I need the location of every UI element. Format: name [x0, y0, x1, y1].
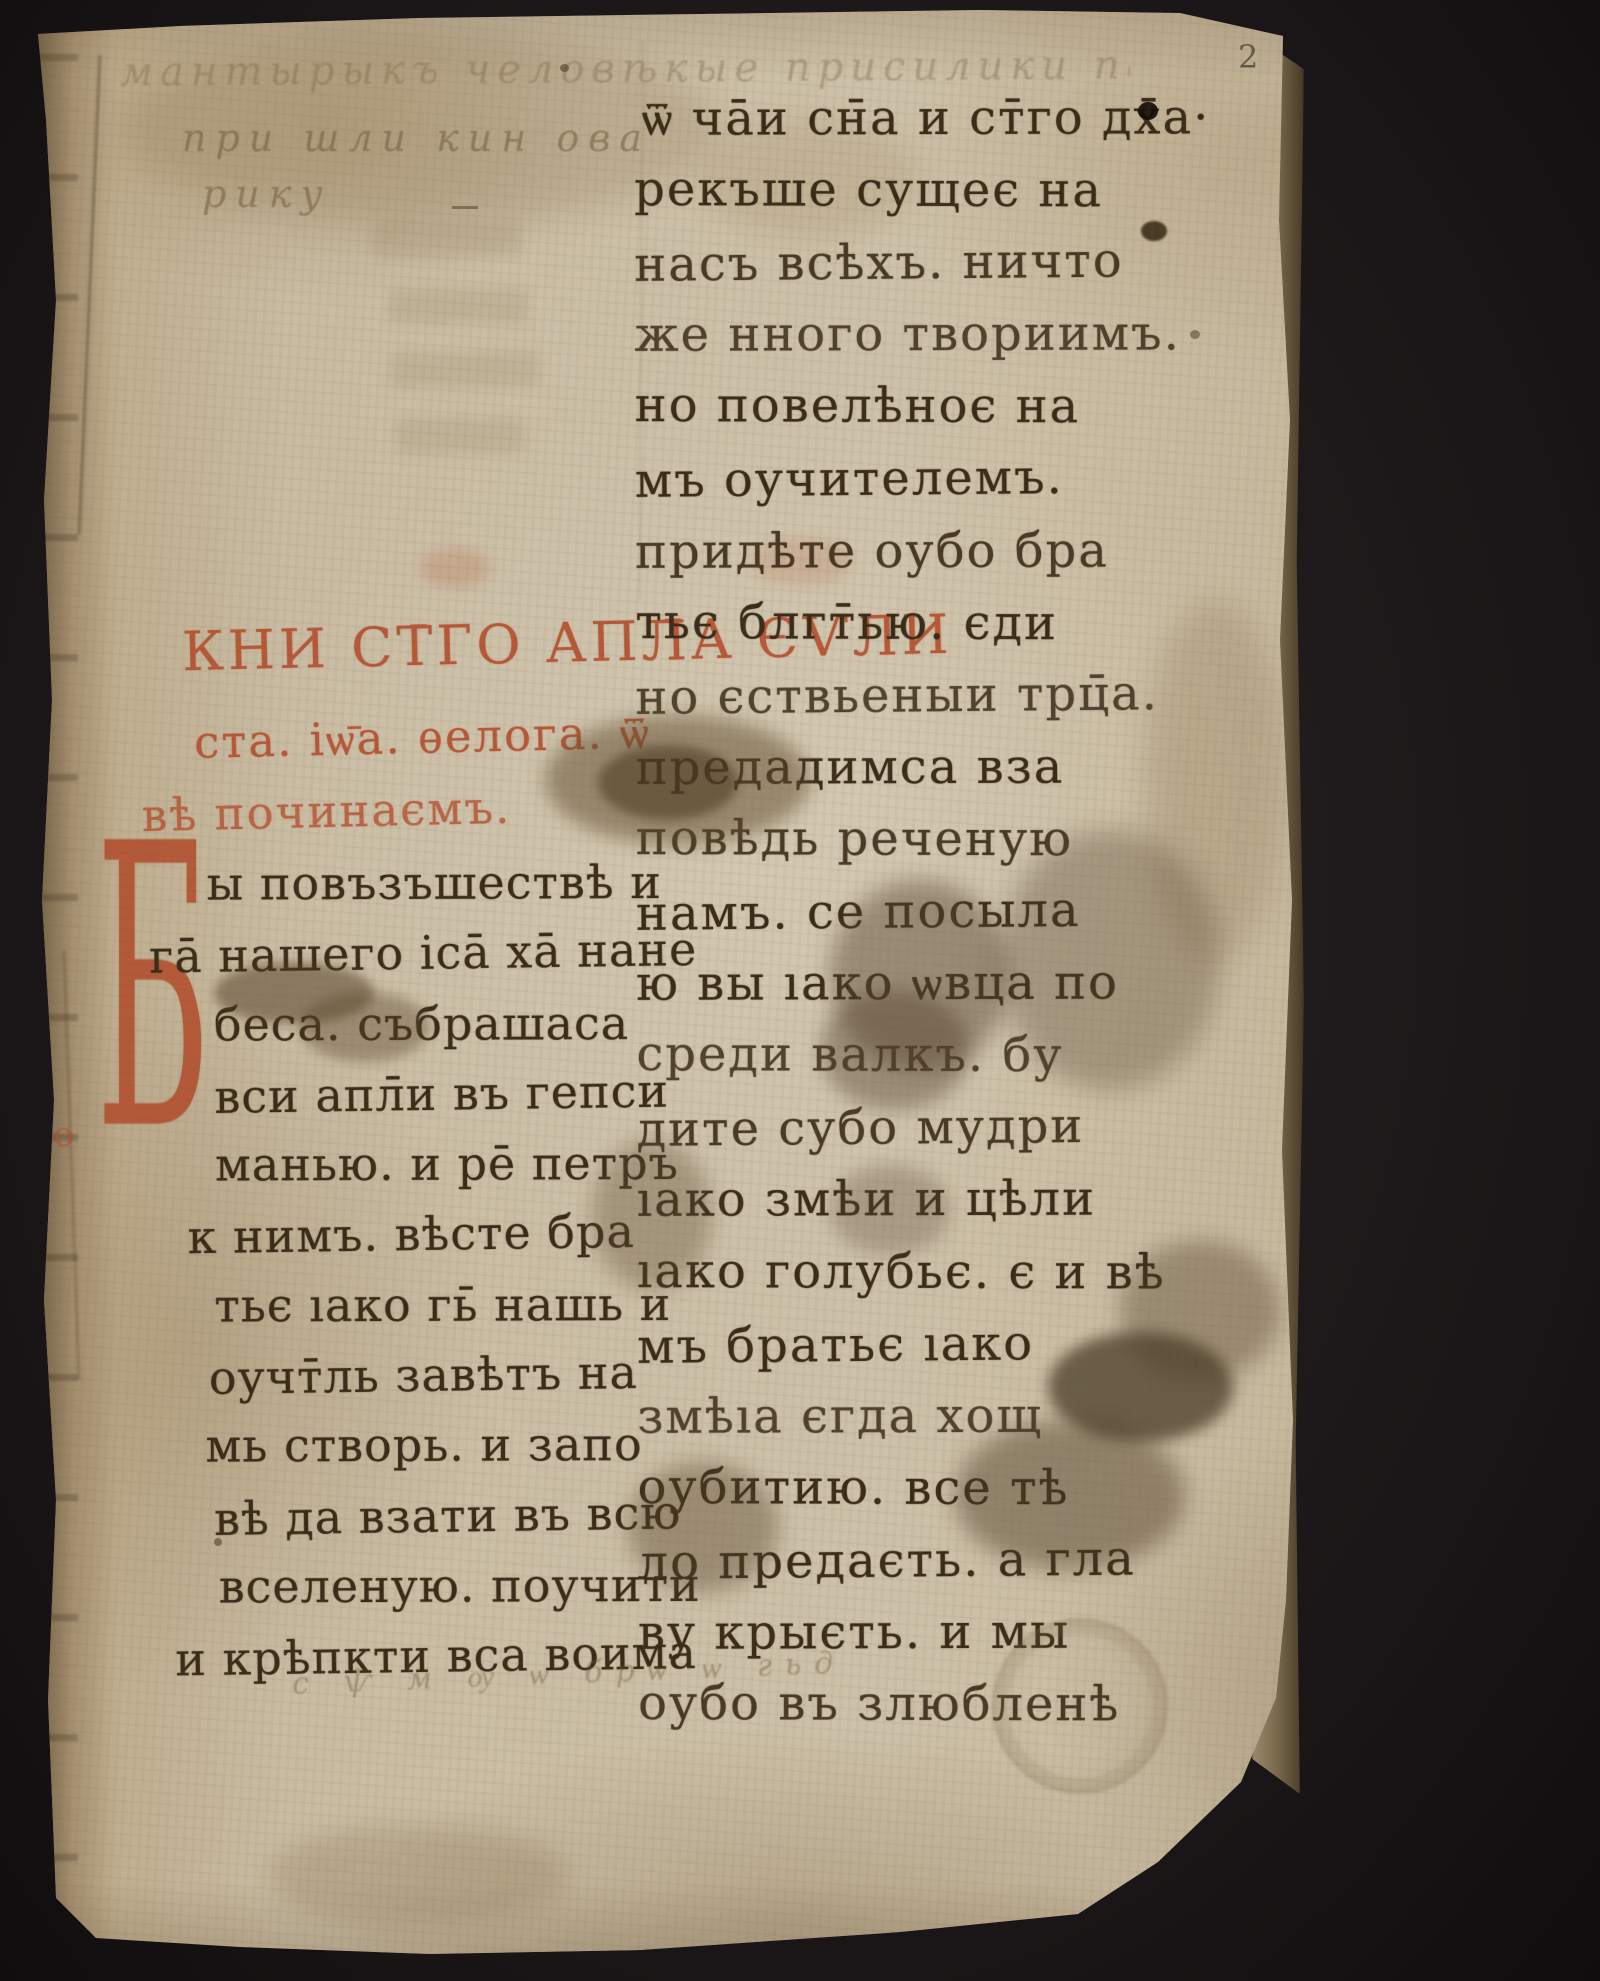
text-line: вѣ да взати въ всю [214, 1485, 671, 1562]
ghost-text [388, 288, 528, 324]
left-text-column: ы повъзъшествѣ ига̄ нашего іса̄ ха̄ нане… [164, 854, 671, 1702]
text-line: оубо въ злюбленѣ [638, 1675, 1303, 1749]
folio-number: 2 [1238, 38, 1258, 76]
manuscript-page: мантырыкъ человѣкые присилики па арикы п… [0, 0, 1600, 1981]
text-line: змѣıа єгда хощ [637, 1387, 1302, 1461]
text-line: рекъше сущеє на [634, 161, 1299, 235]
text-line: мъ оучителемъ. [635, 448, 1301, 526]
ghost-text [395, 418, 525, 454]
photograph-background: мантырыкъ человѣкые присилики па арикы п… [0, 0, 1600, 1981]
text-line: насъ всѣхъ. ничто [634, 231, 1300, 309]
text-line: мъ братьє ıако [637, 1313, 1303, 1391]
right-text-column: ѿ ча̄и сн̄а и ст̄го дх̄а·рекъше сущеє на… [634, 89, 1303, 1749]
text-line: дите субо мудри [636, 1096, 1302, 1174]
text-line: ло предаєть. а гла [637, 1529, 1303, 1607]
text-line: ю вы ıако ѡвца по [636, 954, 1301, 1028]
text-line: придѣте оубо бра [635, 522, 1300, 596]
ink-spot [1138, 102, 1158, 120]
text-line: оубитию. все тѣ [637, 1459, 1302, 1533]
ghost-text [390, 352, 540, 388]
marginal-inscription-left-1: при шли кин ова [182, 116, 651, 160]
ink-spot [1190, 330, 1200, 339]
margin-gloss: ҁо [33, 1113, 78, 1158]
marginal-inscription-left-2: рику [202, 172, 332, 216]
text-line: предадимса вза [636, 738, 1301, 812]
text-line: ıако голубьє. є и вѣ [637, 1243, 1302, 1317]
text-line: тьє блгт̄ью. єди [635, 594, 1300, 668]
ink-spot [1141, 221, 1167, 241]
text-line: беса. събрашаса [214, 996, 666, 1068]
library-stamp [992, 1618, 1168, 1794]
pen-dash [452, 206, 478, 209]
ink-spot [214, 1538, 222, 1546]
ink-spot [560, 64, 569, 72]
text-line: повѣдь реченую [636, 810, 1301, 884]
marginal-inscription-top: мантырыкъ человѣкые присилики па арикы [120, 42, 1130, 95]
text-line: вси апл̄и въ гепси [214, 1064, 667, 1141]
text-line: среди валкъ. бу [636, 1026, 1301, 1100]
text-line: га̄ нашего іса̄ ха̄ нане [149, 923, 666, 1000]
text-line: намъ. се посыла [636, 880, 1302, 958]
text-line: ѿ ча̄и сн̄а и ст̄го дх̄а· [642, 89, 1299, 163]
text-line: же нного твориимъ. [634, 305, 1299, 379]
text-line: но повелѣноє на [635, 378, 1300, 452]
text-line: мь створь. и запо [205, 1417, 669, 1489]
ghost-text [372, 222, 522, 258]
text-line: ıако змѣи и цѣли [637, 1171, 1302, 1245]
stain [268, 1825, 568, 1925]
text-line: к нимъ. вѣсте бра [187, 1204, 668, 1281]
text-line: вселеную. поучити [219, 1558, 671, 1630]
text-line: но єствьеныи трц̄а. [635, 664, 1301, 742]
text-line: манью. и ре̄ петръ [215, 1136, 667, 1208]
text-line: ы повъзъшествѣ и [207, 855, 665, 927]
red-ink-offset [420, 548, 490, 588]
text-line: оучт̄ль завѣтъ на [208, 1345, 669, 1422]
text-line: тьє ıако гь̄ нашь и [214, 1277, 668, 1349]
